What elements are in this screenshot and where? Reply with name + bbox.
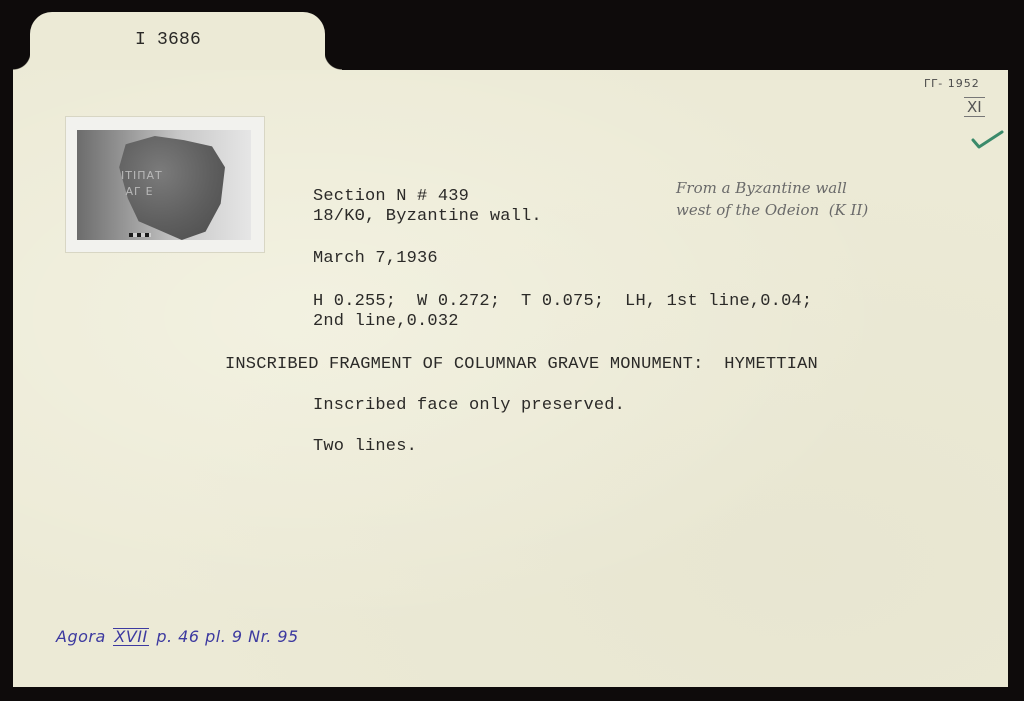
description-line-1: Inscribed face only preserved. (313, 396, 625, 415)
findspot: 18/KΘ, Byzantine wall. (313, 207, 542, 226)
description-line-2: Two lines. (313, 437, 417, 456)
object-photo: ΙΤΙΠΑΤ ΑΓ Ε (77, 130, 251, 240)
corner-date-note: ΓΓ- 1952 (924, 77, 980, 90)
stone-inscription: ΙΤΙΠΑΤ ΑΓ Ε (121, 168, 163, 200)
card-scan: I 3686 ΙΤΙΠΑΤ ΑΓ Ε Section N # 439 18/KΘ… (0, 0, 1024, 701)
object-photo-mount: ΙΤΙΠΑΤ ΑΓ Ε (66, 117, 264, 252)
object-title: INSCRIBED FRAGMENT OF COLUMNAR GRAVE MON… (225, 355, 818, 374)
dimensions-line-1: H 0.255; W 0.272; T 0.075; LH, 1st line,… (313, 292, 812, 311)
find-date: March 7,1936 (313, 249, 438, 268)
checkmark-icon (970, 128, 1004, 150)
corner-volume-note: XI (964, 97, 985, 117)
scale-bar (129, 233, 151, 237)
inventory-number: I 3686 (135, 31, 201, 50)
dimensions-line-2: 2nd line,0.032 (313, 312, 459, 331)
section-number: Section N # 439 (313, 187, 469, 206)
publication-reference: Agora XVII p. 46 pl. 9 Nr. 95 (56, 627, 299, 646)
reference-volume: XVII (113, 628, 148, 646)
handwritten-findspot-note: From a Byzantine wall west of the Odeion… (676, 177, 868, 221)
